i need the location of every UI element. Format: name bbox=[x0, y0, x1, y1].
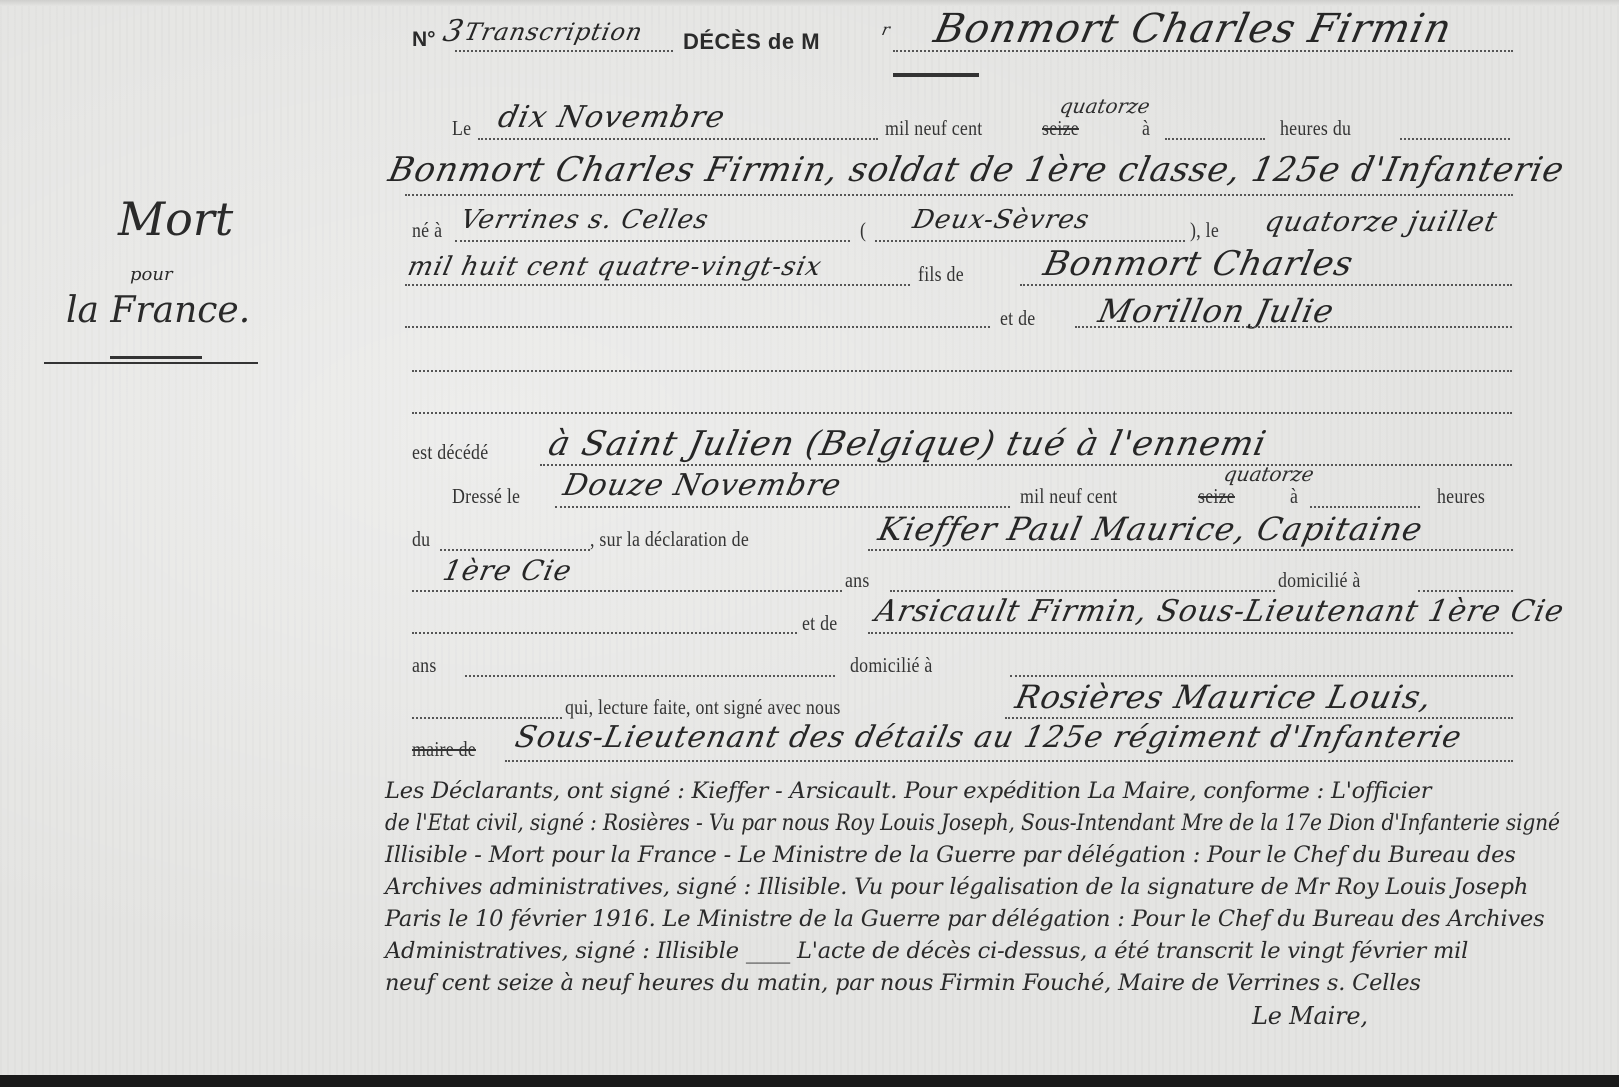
birth-date-start: quatorze juillet bbox=[1262, 205, 1501, 238]
year-struck-2: seize bbox=[1198, 484, 1235, 509]
annotation-line-2: de l'Etat civil, signé : Rosières - Vu p… bbox=[385, 810, 1560, 836]
year-correction: quatorze bbox=[1058, 94, 1152, 118]
label-qui-lecture-faite: qui, lecture faite, ont signé avec nous bbox=[565, 695, 841, 720]
document-page: N° 3 Transcription DÉCÈS de M r Bonmort … bbox=[0, 0, 1619, 1087]
officer-name: Rosières Maurice Louis, bbox=[1012, 678, 1436, 716]
declarant-1-company: 1ère Cie bbox=[440, 554, 575, 587]
label-est-decede: est décédé bbox=[412, 440, 488, 465]
label-paren-close-le: ), le bbox=[1190, 218, 1219, 243]
rule-father bbox=[1020, 284, 1512, 286]
rule-department bbox=[875, 240, 1185, 242]
rule-birth-year bbox=[405, 284, 910, 286]
label-mil-neuf-cent-2: mil neuf cent bbox=[1020, 484, 1117, 509]
rule-officer bbox=[1005, 717, 1513, 719]
label-a-2: à bbox=[1290, 484, 1298, 509]
rule-officer-title bbox=[505, 760, 1513, 762]
margin-pour: pour bbox=[130, 264, 173, 285]
rule-heures-du bbox=[1400, 138, 1510, 140]
label-ans-2: ans bbox=[412, 653, 437, 678]
annotation-line-6: Administratives, signé : Illisible ____ … bbox=[385, 938, 1468, 964]
label-fils-de: fils de bbox=[918, 262, 964, 287]
rule-declarant-2 bbox=[868, 632, 1513, 634]
margin-underline-short bbox=[110, 356, 202, 359]
annotation-line-5: Paris le 10 février 1916. Le Ministre de… bbox=[385, 906, 1544, 932]
year-correction-2: quatorze bbox=[1222, 462, 1316, 486]
scan-bottom-edge bbox=[0, 1075, 1619, 1087]
rule-domicilie-1 bbox=[1418, 590, 1513, 592]
rule-du bbox=[440, 549, 590, 551]
label-maire-de-struck: maire de bbox=[412, 737, 476, 762]
label-heures-du: heures du bbox=[1280, 116, 1351, 141]
label-domicilie-2: domicilié à bbox=[850, 653, 933, 678]
label-domicilie-1: domicilié à bbox=[1278, 568, 1361, 593]
margin-mort: Mort bbox=[118, 192, 233, 246]
label-le: Le bbox=[452, 116, 471, 141]
officer-title: Sous-Lieutenant des détails au 125e régi… bbox=[512, 720, 1465, 755]
declarant-1: Kieffer Paul Maurice, Capitaine bbox=[875, 510, 1427, 548]
rule-domicilie-2 bbox=[1010, 675, 1513, 677]
margin-la-france: la France. bbox=[66, 290, 250, 331]
deceased-identity: Bonmort Charles Firmin, soldat de 1ère c… bbox=[385, 150, 1568, 190]
label-sur-la-declaration: , sur la déclaration de bbox=[590, 527, 749, 552]
header-number-prefix: N° bbox=[412, 28, 436, 52]
label-mil-neuf-cent: mil neuf cent bbox=[885, 116, 982, 141]
label-du: du bbox=[412, 527, 430, 552]
father-name: Bonmort Charles bbox=[1040, 244, 1357, 284]
annotation-line-4: Archives administratives, signé : Illisi… bbox=[385, 874, 1528, 900]
mayor-signature: Le Maire, bbox=[1252, 1002, 1368, 1030]
rule-blank-2 bbox=[412, 412, 1512, 414]
date-drawn-up: Douze Novembre bbox=[560, 468, 845, 503]
mother-name: Morillon Julie bbox=[1095, 292, 1338, 330]
rule-place-of-death bbox=[540, 464, 1512, 466]
rule-line5-left bbox=[405, 326, 990, 328]
header-underline bbox=[893, 73, 979, 77]
rule-date-drawn-up bbox=[555, 506, 1010, 508]
place-of-death: à Saint Julien (Belgique) tué à l'ennemi bbox=[545, 424, 1270, 464]
rule-line12-left bbox=[412, 717, 562, 719]
death-day-month: dix Novembre bbox=[495, 100, 728, 135]
header-number-note: Transcription bbox=[462, 18, 646, 46]
rule-heure bbox=[1165, 138, 1265, 140]
annotation-line-7: neuf cent seize à neuf heures du matin, … bbox=[385, 970, 1421, 996]
rule-ans-2 bbox=[465, 675, 835, 677]
label-a: à bbox=[1142, 116, 1150, 141]
deceased-name-header: Bonmort Charles Firmin bbox=[930, 6, 1456, 52]
annotation-line-3: Illisible - Mort pour la France - Le Min… bbox=[385, 842, 1516, 868]
department: Deux-Sèvres bbox=[910, 205, 1092, 235]
rule-identity bbox=[405, 194, 1513, 196]
header-name-rule bbox=[893, 50, 1513, 52]
year-struck: seize bbox=[1042, 116, 1079, 141]
label-ne-a: né à bbox=[412, 218, 442, 243]
label-ans-1: ans bbox=[845, 568, 870, 593]
margin-underline-long bbox=[44, 362, 258, 364]
rule-ans-1 bbox=[890, 590, 1275, 592]
label-paren-open: ( bbox=[860, 218, 866, 243]
birthplace: Verrines s. Celles bbox=[458, 205, 712, 235]
declarant-2: Arsicault Firmin, Sous-Lieutenant 1ère C… bbox=[872, 594, 1568, 629]
rule-birthplace bbox=[455, 240, 850, 242]
header-title: DÉCÈS de M bbox=[683, 29, 820, 55]
rule-line9-left bbox=[412, 590, 842, 592]
label-et-de-mother: et de bbox=[1000, 306, 1035, 331]
rule-blank-1 bbox=[412, 370, 1512, 372]
header-number-rule bbox=[455, 50, 673, 52]
birth-year: mil huit cent quatre-vingt-six bbox=[405, 252, 825, 282]
rule-mother bbox=[1075, 326, 1512, 328]
label-heures-2: heures bbox=[1437, 484, 1485, 509]
label-dresse-le: Dressé le bbox=[452, 484, 520, 509]
rule-line10-left bbox=[412, 632, 797, 634]
annotation-line-1: Les Déclarants, ont signé : Kieffer - Ar… bbox=[385, 778, 1431, 804]
header-title-suffix: r bbox=[880, 20, 893, 39]
rule-declarant-1 bbox=[868, 549, 1513, 551]
rule-heure-2 bbox=[1310, 506, 1420, 508]
label-et-de-declarant2: et de bbox=[802, 611, 837, 636]
rule-day-month bbox=[478, 138, 878, 140]
